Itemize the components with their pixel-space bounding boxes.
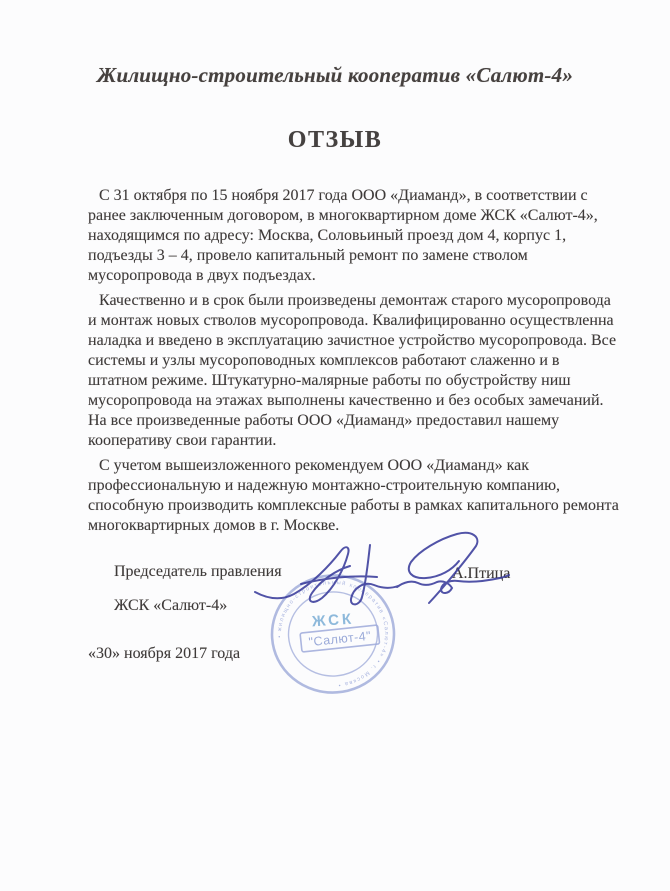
body-paragraph-1: С 31 октября по 15 ноября 2017 года ООО … [88, 186, 648, 286]
stamp-ring-text: • жилищно-строительный кооператив «Салют… [273, 576, 392, 692]
body-paragraph-3: С учетом вышеизложенного рекомендуем ООО… [88, 456, 648, 536]
document-title: ОТЗЫВ [0, 127, 670, 154]
stamp-center-name: "Салют-4" [308, 629, 372, 649]
stamp-inner-ring [286, 589, 381, 679]
stamp-center-box [300, 625, 380, 652]
scanned-letter-page: Жилищно-строительный кооператив «Салют-4… [0, 0, 670, 891]
stamp-center-org: ЖСК [310, 611, 354, 631]
signature-position-title: Председатель правления [114, 562, 282, 582]
body-paragraph-2: Качественно и в срок были произведены де… [88, 291, 648, 451]
stamp-outer-ring [268, 571, 398, 696]
date-line: «30» ноября 2017 года [88, 644, 240, 664]
official-stamp-icon: • жилищно-строительный кооператив «Салют… [268, 571, 398, 696]
org-header: Жилищно-строительный кооператив «Салют-4… [0, 63, 670, 88]
signer-name: А.Птица [452, 564, 510, 584]
signature-org: ЖСК «Салют-4» [114, 596, 227, 616]
